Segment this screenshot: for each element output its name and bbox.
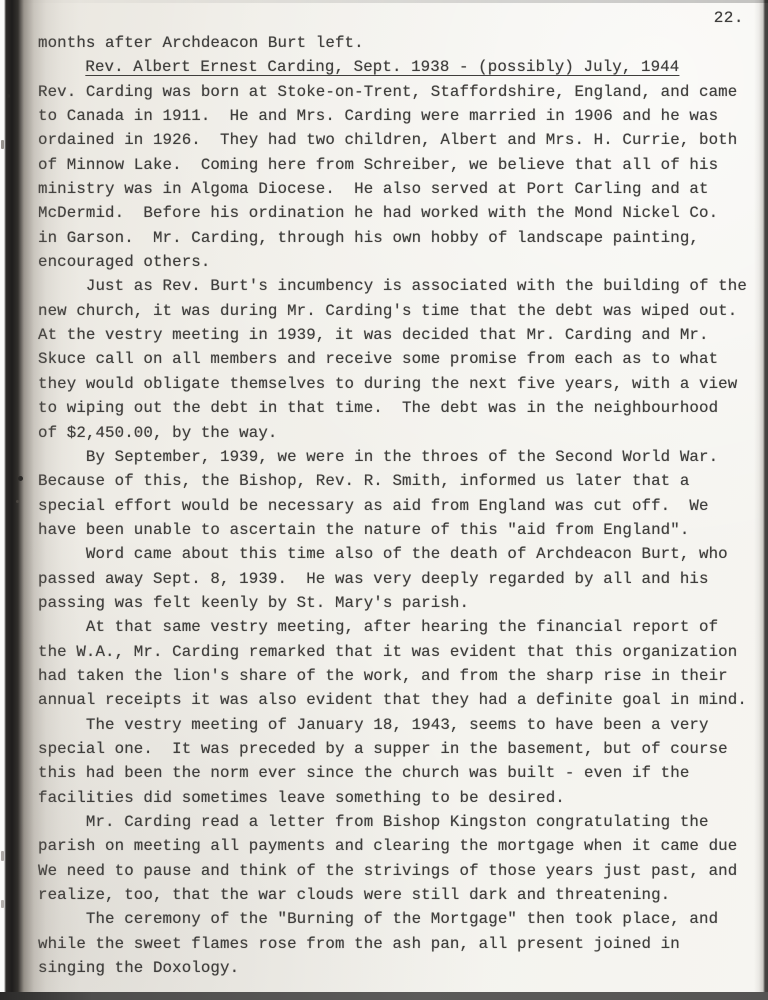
text-line: At the vestry meeting in 1939, it was de…: [38, 323, 764, 347]
text-line: special one. It was preceded by a supper…: [38, 737, 764, 761]
text-line: in Garson. Mr. Carding, through his own …: [38, 226, 764, 250]
scan-speck: [1, 851, 4, 861]
text-line: of $2,450.00, by the way.: [38, 421, 764, 445]
text-line: while the sweet flames rose from the ash…: [38, 932, 764, 956]
scan-speck: [1, 900, 4, 908]
text-line: The ceremony of the "Burning of the Mort…: [38, 907, 764, 931]
bottom-scan-edge: [0, 992, 768, 1000]
text-line: ministry was in Algoma Diocese. He also …: [38, 177, 764, 201]
scan-speck: [1, 140, 4, 149]
text-line: Skuce call on all members and receive so…: [38, 347, 764, 371]
text-line: singing the Doxology.: [38, 956, 764, 980]
text-line: the W.A., Mr. Carding remarked that it w…: [38, 640, 764, 664]
text-line: had taken the lion's share of the work, …: [38, 664, 764, 688]
scanned-page: 22. months after Archdeacon Burt left.Re…: [0, 0, 768, 1000]
text-line: The vestry meeting of January 18, 1943, …: [38, 713, 764, 737]
text-line: facilities did sometimes leave something…: [38, 786, 764, 810]
text-line: We need to pause and think of the strivi…: [38, 859, 764, 883]
text-line: Mr. Carding read a letter from Bishop Ki…: [38, 810, 764, 834]
text-line: new church, it was during Mr. Carding's …: [38, 299, 764, 323]
text-line: encouraged others.: [38, 250, 764, 274]
text-line: they would obligate themselves to during…: [38, 372, 764, 396]
text-line: Word came about this time also of the de…: [38, 542, 764, 566]
text-line: passing was felt keenly by St. Mary's pa…: [38, 591, 764, 615]
text-line: At that same vestry meeting, after heari…: [38, 615, 764, 639]
text-line: to Canada in 1911. He and Mrs. Carding w…: [38, 104, 764, 128]
text-line: special effort would be necessary as aid…: [38, 494, 764, 518]
text-line: realize, too, that the war clouds were s…: [38, 883, 764, 907]
document-lines: months after Archdeacon Burt left.Rev. A…: [38, 31, 764, 980]
text-line: this had been the norm ever since the ch…: [38, 761, 764, 785]
scan-speck: [16, 500, 19, 503]
page-number: 22.: [714, 9, 744, 27]
text-line: Because of this, the Bishop, Rev. R. Smi…: [38, 469, 764, 493]
scan-speck: [18, 476, 23, 481]
scan-speck: [6, 94, 10, 98]
text-line: annual receipts it was also evident that…: [38, 688, 764, 712]
text-line: of Minnow Lake. Coming here from Schreib…: [38, 153, 764, 177]
text-line: ordained in 1926. They had two children,…: [38, 128, 764, 152]
text-line: passed away Sept. 8, 1939. He was very d…: [38, 567, 764, 591]
text-line: Rev. Carding was born at Stoke-on-Trent,…: [38, 80, 764, 104]
text-line: months after Archdeacon Burt left.: [38, 31, 764, 55]
text-line: to wiping out the debt in that time. The…: [38, 396, 764, 420]
section-heading: Rev. Albert Ernest Carding, Sept. 1938 -…: [38, 55, 764, 79]
text-line: Just as Rev. Burt's incumbency is associ…: [38, 274, 764, 298]
text-line: parish on meeting all payments and clear…: [38, 834, 764, 858]
top-scan-edge: [0, 0, 768, 3]
text-line: have been unable to ascertain the nature…: [38, 518, 764, 542]
text-line: McDermid. Before his ordination he had w…: [38, 201, 764, 225]
text-line: By September, 1939, we were in the throe…: [38, 445, 764, 469]
